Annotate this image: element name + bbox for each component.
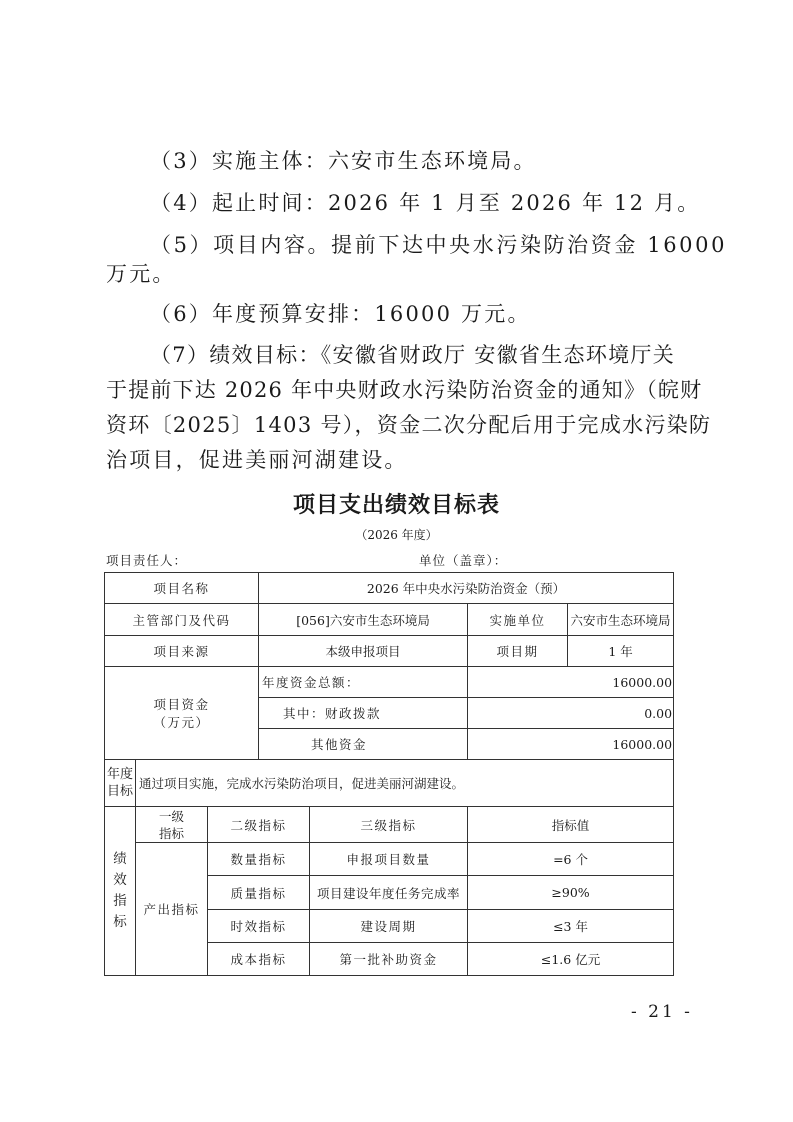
row-annual-goal: 年度 目标 通过项目实施，完成水污染防治项目，促进美丽河湖建设。 xyxy=(105,760,674,807)
row-project-name: 项目名称 2026 年中央水污染防治资金（预） xyxy=(105,573,674,604)
header-level1: 一级 指标 xyxy=(136,807,208,843)
indicator-value: ≤1.6 亿元 xyxy=(468,943,674,976)
project-funds-label: 项目资金 （万元） xyxy=(105,667,259,760)
project-funds-label-line2: （万元） xyxy=(105,713,258,731)
performance-indicators-label: 绩 效 指 标 xyxy=(105,807,136,976)
funds-total-label: 年度资金总额： xyxy=(259,667,468,698)
header-level3: 三级指标 xyxy=(310,807,468,843)
annual-goal-value: 通过项目实施，完成水污染防治项目，促进美丽河湖建设。 xyxy=(136,760,674,807)
indicators-label-char: 指 xyxy=(105,891,135,912)
indicators-label-char: 绩 xyxy=(105,849,135,870)
funds-fiscal-label: 其中：财政拨款 xyxy=(259,698,468,729)
paragraph-content-line2: 万元。 xyxy=(106,264,176,285)
paragraph-duration: （4）起止时间：2026 年 1 月至 2026 年 12 月。 xyxy=(150,193,700,214)
funds-other-value: 16000.00 xyxy=(468,729,674,760)
table-subtitle: （2026 年度） xyxy=(0,526,793,543)
table-row: 产出指标 数量指标 申报项目数量 =6 个 xyxy=(105,843,674,876)
table-title: 项目支出绩效目标表 xyxy=(0,488,793,519)
level3-indicator: 项目建设年度任务完成率 xyxy=(310,876,468,910)
annual-goal-label-line2: 目标 xyxy=(105,783,135,800)
paragraph-goal-line3: 资环〔2025〕1403 号），资金二次分配后用于完成水污染防 xyxy=(106,415,711,436)
project-source-value: 本级申报项目 xyxy=(259,636,468,667)
paragraph-budget: （6）年度预算安排：16000 万元。 xyxy=(150,304,531,325)
paragraph-content-line1: （5）项目内容。提前下达中央水污染防治资金 16000 xyxy=(150,235,727,256)
row-source: 项目来源 本级申报项目 项目期 1 年 xyxy=(105,636,674,667)
header-level1-line2: 指标 xyxy=(136,825,207,842)
row-funds-total: 项目资金 （万元） 年度资金总额： 16000.00 xyxy=(105,667,674,698)
indicator-value: ≤3 年 xyxy=(468,910,674,943)
annual-goal-label: 年度 目标 xyxy=(105,760,136,807)
unit-seal-label: 单位（盖章）： xyxy=(419,551,507,569)
page-number: - 21 - xyxy=(631,1002,693,1022)
header-level1-line1: 一级 xyxy=(136,808,207,825)
paragraph-goal-line1: （7）绩效目标：《安徽省财政厅 安徽省生态环境厅关 xyxy=(150,345,675,366)
level2-indicator: 质量指标 xyxy=(208,876,310,910)
funds-other-label: 其他资金 xyxy=(259,729,468,760)
project-funds-label-line1: 项目资金 xyxy=(105,695,258,713)
paragraph-goal-line4: 治项目，促进美丽河湖建设。 xyxy=(106,450,408,471)
project-source-label: 项目来源 xyxy=(105,636,259,667)
header-level2: 二级指标 xyxy=(208,807,310,843)
project-period-value: 1 年 xyxy=(568,636,674,667)
indicators-label-char: 效 xyxy=(105,870,135,891)
funds-fiscal-value: 0.00 xyxy=(468,698,674,729)
level3-indicator: 申报项目数量 xyxy=(310,843,468,876)
implementing-unit-label: 实施单位 xyxy=(468,604,568,636)
level1-output-indicator: 产出指标 xyxy=(136,843,208,976)
paragraph-goal-line2: 于提前下达 2026 年中央财政水污染防治资金的通知》（皖财 xyxy=(106,380,702,401)
funds-total-value: 16000.00 xyxy=(468,667,674,698)
paragraph-implementer: （3）实施主体：六安市生态环境局。 xyxy=(150,151,537,172)
project-name-value: 2026 年中央水污染防治资金（预） xyxy=(259,573,674,604)
indicator-value: ≥90% xyxy=(468,876,674,910)
level3-indicator: 建设周期 xyxy=(310,910,468,943)
department-value: [056]六安市生态环境局 xyxy=(259,604,468,636)
row-department: 主管部门及代码 [056]六安市生态环境局 实施单位 六安市生态环境局 xyxy=(105,604,674,636)
indicators-label-char: 标 xyxy=(105,912,135,933)
level2-indicator: 数量指标 xyxy=(208,843,310,876)
department-label: 主管部门及代码 xyxy=(105,604,259,636)
indicator-value: =6 个 xyxy=(468,843,674,876)
header-indicator-value: 指标值 xyxy=(468,807,674,843)
level2-indicator: 时效指标 xyxy=(208,910,310,943)
implementing-unit-value: 六安市生态环境局 xyxy=(568,604,674,636)
level3-indicator: 第一批补助资金 xyxy=(310,943,468,976)
responsible-person-label: 项目责任人： xyxy=(106,551,187,569)
row-indicator-header: 绩 效 指 标 一级 指标 二级指标 三级指标 指标值 xyxy=(105,807,674,843)
project-period-label: 项目期 xyxy=(468,636,568,667)
level2-indicator: 成本指标 xyxy=(208,943,310,976)
performance-target-table: 项目名称 2026 年中央水污染防治资金（预） 主管部门及代码 [056]六安市… xyxy=(104,572,674,976)
project-name-label: 项目名称 xyxy=(105,573,259,604)
annual-goal-label-line1: 年度 xyxy=(105,766,135,783)
